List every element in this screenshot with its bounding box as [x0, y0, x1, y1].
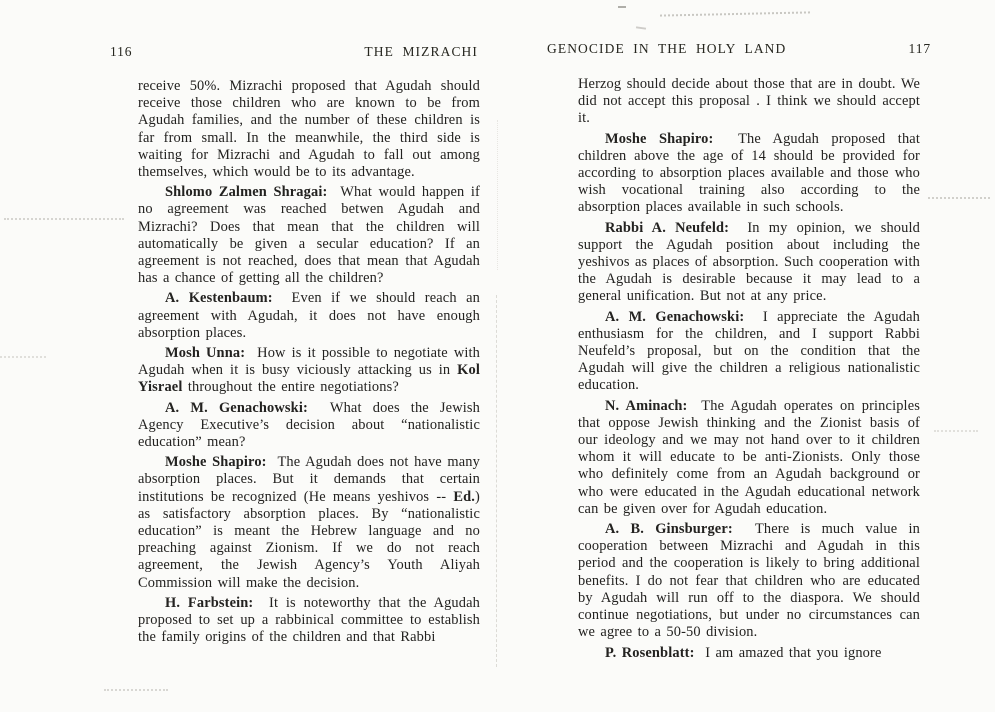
scan-artifact: [934, 430, 978, 432]
scan-artifact: [4, 218, 124, 220]
bold-text: A. B. Ginsburger:: [605, 521, 733, 537]
scan-artifact: [0, 356, 46, 358]
paragraph: Moshe Shapiro: The Agudah proposed that …: [578, 131, 920, 217]
scan-artifact: [636, 26, 646, 29]
page-body-right: Herzog should decide about those that ar…: [578, 76, 920, 662]
paragraph: Shlomo Zalmen Shragai: What would happen…: [138, 184, 480, 287]
bold-text: A. Kestenbaum:: [165, 290, 273, 306]
bold-text: Shlomo Zalmen Shragai:: [165, 184, 327, 200]
body-text: receive 50%. Mizrachi proposed that Agud…: [138, 78, 480, 180]
page-gutter-line-upper: [497, 120, 498, 270]
body-text: Herzog should decide about those that ar…: [578, 76, 920, 126]
page-number: 116: [110, 44, 132, 60]
paragraph: N. Aminach: The Agudah operates on princ…: [578, 398, 920, 518]
body-text: I am amazed that you ignore: [695, 645, 882, 661]
scan-artifact: [660, 11, 810, 16]
body-text: throughout the entire negotiations?: [182, 379, 398, 395]
scan-artifact: [104, 689, 168, 691]
bold-text: Rabbi A. Neufeld:: [605, 220, 729, 236]
bold-text: Moshe Shapiro:: [165, 454, 267, 470]
paragraph: P. Rosenblatt: I am amazed that you igno…: [578, 645, 920, 662]
scan-artifact: [618, 6, 626, 8]
bold-text: P. Rosenblatt:: [605, 645, 695, 661]
paragraph: Rabbi A. Neufeld: In my opinion, we shou…: [578, 220, 920, 306]
bold-text: A. M. Genachowski:: [165, 400, 308, 416]
paragraph: Moshe Shapiro: The Agudah does not have …: [138, 454, 480, 592]
paragraph: A. M. Genachowski: I appreciate the Agud…: [578, 309, 920, 395]
page-header-left: 116 THE MIZRACHI: [110, 44, 478, 60]
page-header-right: GENOCIDE IN THE HOLY LAND 117: [547, 41, 931, 57]
bold-text: N. Aminach:: [605, 398, 688, 414]
paragraph: Herzog should decide about those that ar…: [578, 76, 920, 128]
paragraph: A. Kestenbaum: Even if we should reach a…: [138, 290, 480, 342]
paragraph: H. Farbstein: It is noteworthy that the …: [138, 595, 480, 647]
bold-text: H. Farbstein:: [165, 595, 253, 611]
bold-text: Moshe Shapiro:: [605, 131, 713, 147]
paragraph: Mosh Unna: How is it possible to negotia…: [138, 345, 480, 397]
body-text: The Agudah operates on principles that o…: [578, 398, 920, 517]
paragraph: A. B. Ginsburger: There is much value in…: [578, 521, 920, 641]
page-gutter-line: [496, 295, 497, 667]
bold-text: Ed.: [453, 489, 475, 505]
bold-text: A. M. Genachowski:: [605, 309, 744, 325]
page-body-left: receive 50%. Mizrachi proposed that Agud…: [138, 78, 480, 647]
running-title: GENOCIDE IN THE HOLY LAND: [547, 41, 786, 57]
body-text: There is much value in cooperation betwe…: [578, 521, 920, 640]
paragraph: receive 50%. Mizrachi proposed that Agud…: [138, 78, 480, 181]
paragraph: A. M. Genachowski: What does the Jewish …: [138, 400, 480, 452]
running-title: THE MIZRACHI: [364, 44, 478, 60]
scan-artifact: [928, 197, 990, 199]
page-number: 117: [909, 41, 931, 57]
bold-text: Mosh Unna:: [165, 345, 245, 361]
